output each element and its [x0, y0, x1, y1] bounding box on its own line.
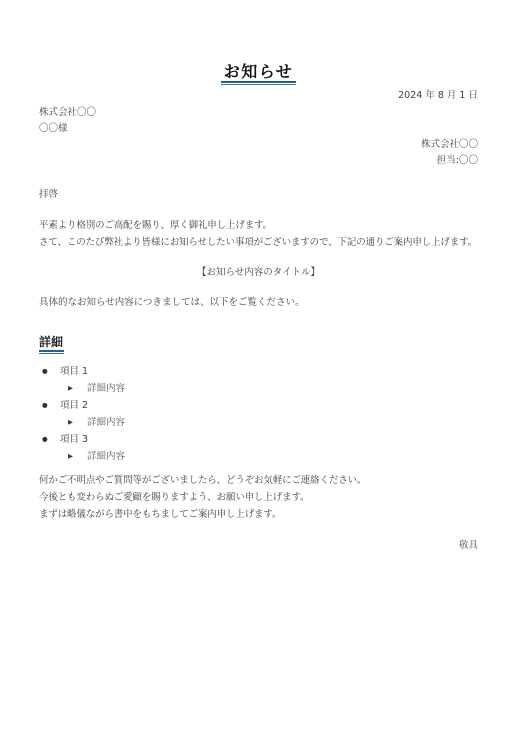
document-title: お知らせ — [221, 62, 297, 85]
intro-line-2: さて、このたび弊社より皆様にお知らせしたい事項がございますので、下記の通りご案内… — [39, 234, 478, 251]
closing-paragraph: 何かご不明点やご質問等がございましたら、どうぞお気軽にご連絡ください。 今後とも… — [39, 472, 478, 523]
recipient-company: 株式会社〇〇 — [39, 105, 478, 121]
intro-paragraph: 平素より格別のご高配を賜り、厚く御礼申し上げます。 さて、このたび弊社より皆様に… — [39, 217, 478, 251]
notice-document-page: お知らせ 2024 年 8 月 1 日 株式会社〇〇 〇〇様 株式会社〇〇 担当… — [0, 0, 516, 738]
list-item-label: 項目 1 — [60, 366, 88, 377]
bullet-icon: ● — [42, 363, 48, 380]
sender-company: 株式会社〇〇 — [39, 137, 478, 153]
closing-line-2: 今後とも変わらぬご愛顧を賜りますよう、お願い申し上げます。 — [39, 489, 478, 506]
intro-line-1: 平素より格別のご高配を賜り、厚く御礼申し上げます。 — [39, 217, 478, 234]
list-item-label: 項目 3 — [60, 434, 88, 445]
arrowhead-icon: ▶ — [68, 380, 73, 397]
closing-line-1: 何かご不明点やご質問等がございましたら、どうぞお気軽にご連絡ください。 — [39, 472, 478, 489]
list-subitem-label: 詳細内容 — [87, 383, 125, 394]
lead-sentence: 具体的なお知らせ内容につきましては、以下をご覧ください。 — [39, 294, 478, 311]
arrowhead-icon: ▶ — [68, 448, 73, 465]
title-row: お知らせ — [39, 62, 478, 85]
closing-line-3: まずは略儀ながら書中をもちましてご案内申し上げます。 — [39, 506, 478, 523]
bullet-icon: ● — [42, 431, 48, 448]
list-item: ● 項目 1 — [39, 363, 478, 380]
subject-title: 【お知らせ内容のタイトル】 — [39, 264, 478, 281]
salutation: 拝啓 — [39, 186, 478, 203]
recipient-name: 〇〇様 — [39, 121, 478, 137]
bullet-icon: ● — [42, 397, 48, 414]
list-subitem: ▶ 詳細内容 — [39, 380, 478, 397]
section-heading-row: 詳細 — [39, 335, 478, 354]
arrowhead-icon: ▶ — [68, 414, 73, 431]
sender-contact: 担当:〇〇 — [39, 153, 478, 169]
list-subitem-label: 詳細内容 — [87, 451, 125, 462]
date-line: 2024 年 8 月 1 日 — [39, 89, 478, 103]
list-subitem-label: 詳細内容 — [87, 417, 125, 428]
list-subitem: ▶ 詳細内容 — [39, 414, 478, 431]
list-item: ● 項目 2 — [39, 397, 478, 414]
address-block: 株式会社〇〇 〇〇様 株式会社〇〇 担当:〇〇 — [39, 105, 478, 169]
list-item-label: 項目 2 — [60, 400, 88, 411]
sign-off: 敬具 — [39, 537, 478, 554]
detail-list: ● 項目 1 ▶ 詳細内容 ● 項目 2 ▶ 詳細内容 ● 項目 3 ▶ 詳細内… — [39, 363, 478, 465]
list-subitem: ▶ 詳細内容 — [39, 448, 478, 465]
list-item: ● 項目 3 — [39, 431, 478, 448]
section-heading: 詳細 — [39, 335, 64, 354]
